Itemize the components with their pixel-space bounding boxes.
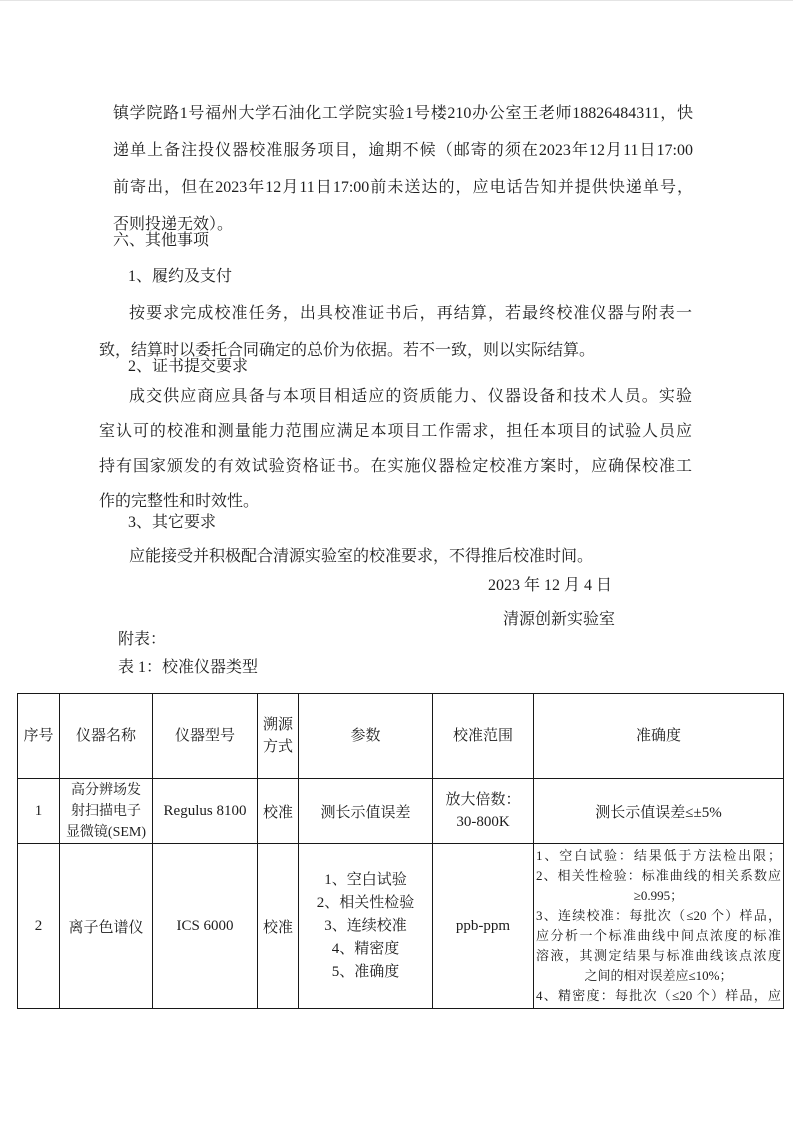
item1-heading: 1、履约及支付: [128, 258, 232, 295]
header-cell-model: 仪器型号: [153, 694, 258, 779]
row2-method-cell: 校准: [258, 844, 299, 1009]
text-line: 镇学院路1号福州大学石油化工学院实验1号楼210办公室王老师1882648431…: [113, 95, 693, 132]
appendix-label: 附表：: [118, 631, 166, 649]
row2-range-cell: ppb-ppm: [433, 844, 534, 1009]
row1-param-cell: 测长示值误差: [299, 779, 433, 844]
text-line: 1、空白试验：结果低于方法检出限；: [536, 846, 781, 866]
document-date: 2023 年 12 月 4 日: [488, 577, 612, 595]
table-row: 2 离子色谱仪 ICS 6000 校准 1、空白试验2、相关性检验3、连续校准4…: [18, 844, 784, 1009]
row1-name-cell: 高分辨场发射扫描电子显微镜(SEM): [60, 779, 153, 844]
header-cell-method: 溯源方式: [258, 694, 299, 779]
table-wrapper: 序号 仪器名称 仪器型号 溯源方式 参数 校准范围 准确度 1 高分辨场发射扫描…: [17, 693, 784, 1009]
intro-paragraph: 镇学院路1号福州大学石油化工学院实验1号楼210办公室王老师1882648431…: [113, 95, 693, 243]
signature: 清源创新实验室: [503, 611, 615, 629]
header-cell-param: 参数: [299, 694, 433, 779]
row2-name-cell: 离子色谱仪: [60, 844, 153, 1009]
text-line: 室认可的校准和测量能力范围应满足本项目工作需求，担任本项目的试验人员应: [99, 414, 692, 449]
header-cell-name: 仪器名称: [60, 694, 153, 779]
row1-model-cell: Regulus 8100: [153, 779, 258, 844]
row1-range-cell: 放大倍数：30-800K: [433, 779, 534, 844]
text-line: 之间的相对误差应≤10%；: [536, 966, 781, 986]
header-cell-seq: 序号: [18, 694, 60, 779]
calibration-table: 序号 仪器名称 仪器型号 溯源方式 参数 校准范围 准确度 1 高分辨场发射扫描…: [17, 693, 784, 1009]
text-line: 放大倍数：: [435, 789, 531, 811]
text-line: 按要求完成校准任务，出具校准证书后，再结算，若最终校准仪器与附表一: [99, 295, 692, 332]
text-line: 持有国家颁发的有效试验资格证书。在实施仪器检定校准方案时，应确保校准工: [99, 449, 692, 484]
text-line: 射扫描电子: [62, 801, 150, 822]
text-line: 4、精密度: [301, 938, 430, 961]
text-line: 成交供应商应具备与本项目相适应的资质能力、仪器设备和技术人员。实验: [99, 379, 692, 414]
item3-body: 应能接受并积极配合清源实验室的校准要求，不得推后校准时间。: [99, 538, 692, 575]
text-line: 前寄出，但在2023年12月11日17:00前未送达的，应电话告知并提供快递单号…: [113, 169, 693, 206]
header-cell-accuracy: 准确度: [534, 694, 784, 779]
text-line: 3、连续校准: [301, 915, 430, 938]
row1-accuracy-cell: 测长示值误差≤±5%: [534, 779, 784, 844]
page-top-edge: [0, 0, 793, 1]
text-line: 高分辨场发: [62, 780, 150, 801]
text-line: 2、相关性检验: [301, 892, 430, 915]
item3-heading: 3、其它要求: [128, 504, 216, 541]
row1-seq-cell: 1: [18, 779, 60, 844]
text-line: 4、精密度：每批次（≤20 个）样品，应: [536, 986, 781, 1006]
text-line: 3、连续校准：每批次（≤20 个）样品，: [536, 906, 781, 926]
text-line: 5、准确度: [301, 961, 430, 984]
row2-accuracy-cell: 1、空白试验：结果低于方法检出限；2、相关性检验：标准曲线的相关系数应≥0.99…: [534, 844, 784, 1009]
document-page: 镇学院路1号福州大学石油化工学院实验1号楼210办公室王老师1882648431…: [0, 0, 793, 1122]
table-row: 1 高分辨场发射扫描电子显微镜(SEM) Regulus 8100 校准 测长示…: [18, 779, 784, 844]
row2-model-cell: ICS 6000: [153, 844, 258, 1009]
text-line: 1、空白试验: [301, 869, 430, 892]
section6-heading: 六、其他事项: [113, 222, 209, 259]
text-line: 溶液，其测定结果与标准曲线该点浓度: [536, 946, 781, 966]
row2-seq-cell: 2: [18, 844, 60, 1009]
text-line: ≥0.995；: [536, 886, 781, 906]
row2-param-cell: 1、空白试验2、相关性检验3、连续校准4、精密度5、准确度: [299, 844, 433, 1009]
text-line: 递单上备注投仪器校准服务项目，逾期不候（邮寄的须在2023年12月11日17:0…: [113, 132, 693, 169]
item2-body: 成交供应商应具备与本项目相适应的资质能力、仪器设备和技术人员。实验室认可的校准和…: [99, 379, 692, 519]
text-line: 应分析一个标准曲线中间点浓度的标准: [536, 926, 781, 946]
text-line: 显微镜(SEM): [62, 822, 150, 843]
text-line: 30-800K: [435, 811, 531, 833]
text-line: 应能接受并积极配合清源实验室的校准要求，不得推后校准时间。: [99, 538, 692, 575]
header-cell-range: 校准范围: [433, 694, 534, 779]
text-line: 2、相关性检验：标准曲线的相关系数应: [536, 866, 781, 886]
row1-method-cell: 校准: [258, 779, 299, 844]
table-caption: 表 1：校准仪器类型: [118, 659, 258, 677]
